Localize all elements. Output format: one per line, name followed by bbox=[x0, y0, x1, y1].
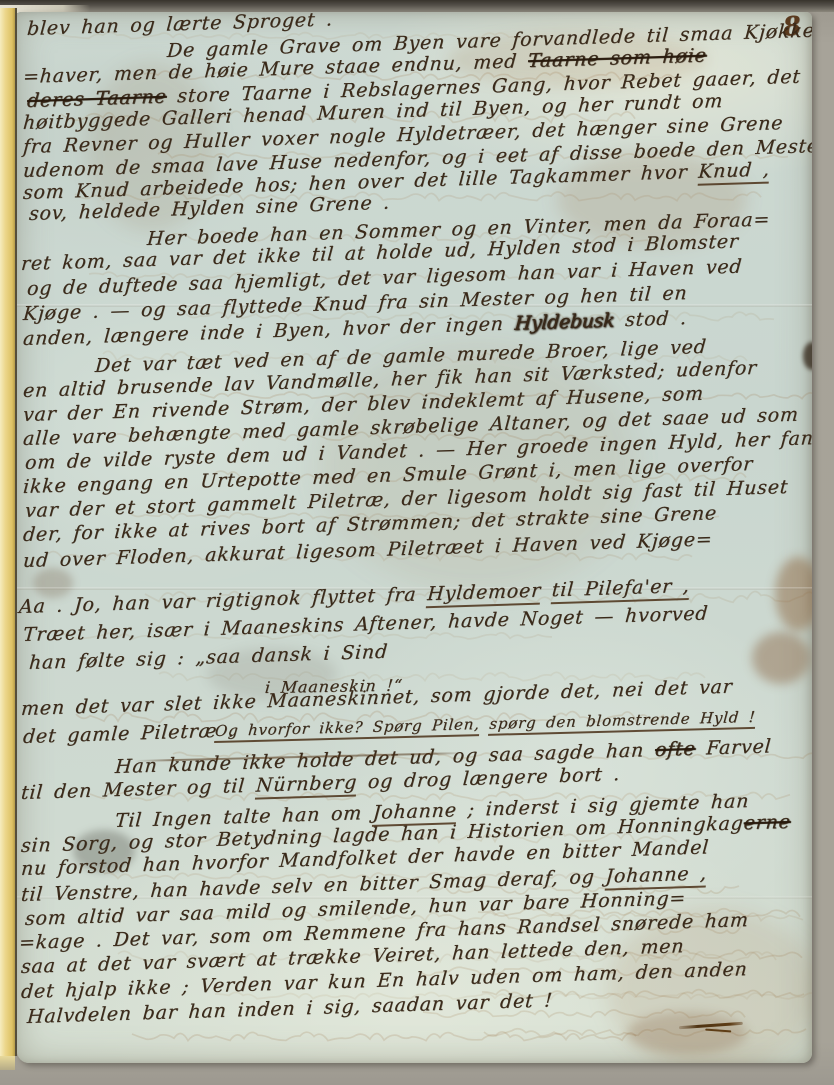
underlined-text: til Pilefa'er , bbox=[551, 575, 691, 604]
verso-ink-squiggle bbox=[132, 1032, 636, 1041]
manuscript-line: Og hvorfor ikke? Spørg Pilen, spørg den … bbox=[214, 710, 756, 739]
verso-ink-squiggle bbox=[484, 1028, 806, 1036]
manuscript-line: blev han og lærte Sproget . bbox=[26, 12, 333, 39]
underlined-text: Knud , bbox=[697, 158, 771, 185]
scan-top-edge bbox=[0, 0, 834, 12]
underlined-text: Johanne , bbox=[604, 862, 707, 890]
underlined-text: Og hvorfor ikke? Spørg Pilen, bbox=[214, 715, 480, 743]
manuscript-page: 8 blev han og lærte Sproget .De gamle Gr… bbox=[17, 12, 812, 1063]
blotted-text: Hyldebusk bbox=[514, 309, 615, 334]
handwriting-text: han følte sig : „saa dansk i Sind bbox=[28, 641, 389, 674]
paper-stain bbox=[803, 342, 812, 370]
handwriting-text: Farvel bbox=[695, 735, 773, 759]
end-flourish-mark bbox=[679, 1020, 744, 1034]
struck-text: erne bbox=[743, 811, 792, 835]
handwriting-text: til den Mester og til bbox=[20, 775, 257, 804]
manuscript-line: han følte sig : „saa dansk i Sind bbox=[28, 643, 388, 673]
scan-backdrop: 8 blev han og lærte Sproget .De gamle Gr… bbox=[0, 0, 834, 1085]
struck-text: ofte bbox=[654, 738, 696, 761]
manuscript-line: det gamle Piletræ . bbox=[22, 721, 235, 747]
underlined-text: spørg den blomstrende Hyld ! bbox=[488, 708, 756, 736]
struck-text: Taarne som høie bbox=[527, 44, 707, 72]
underlined-text: Hyldemoer bbox=[426, 580, 542, 609]
paper-stain bbox=[775, 557, 812, 631]
page-edge-strip bbox=[0, 8, 17, 1056]
handwriting-text: stod . bbox=[614, 307, 688, 331]
handwriting-text: det gamle Piletræ . bbox=[22, 719, 236, 748]
underlined-text: Nürnberg bbox=[255, 771, 358, 799]
paper-stain bbox=[752, 632, 810, 684]
